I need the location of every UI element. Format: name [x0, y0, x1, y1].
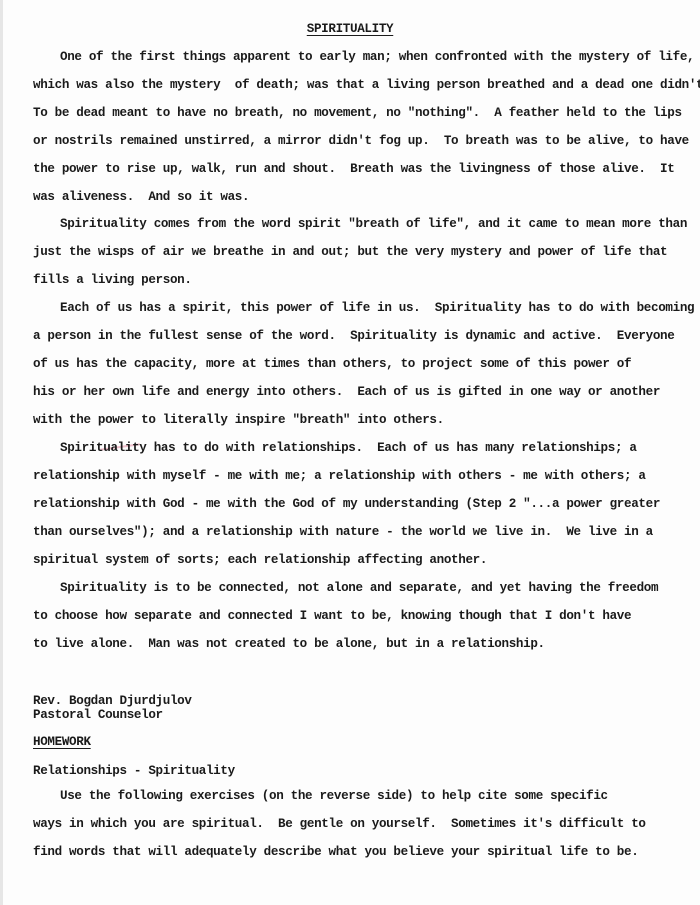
body-line: to choose how separate and connected I w… [33, 609, 631, 623]
body-line: To be dead meant to have no breath, no m… [33, 106, 682, 120]
document-page: SPIRITUALITY One of the first things app… [0, 0, 700, 905]
body-line: One of the first things apparent to earl… [60, 50, 694, 64]
signature-name: Rev. Bogdan Djurdjulov [33, 694, 192, 708]
body-line: his or her own life and energy into othe… [33, 385, 660, 399]
body-line: or nostrils remained unstirred, a mirror… [33, 134, 689, 148]
homework-line: ways in which you are spiritual. Be gent… [33, 817, 646, 831]
body-line: spiritual system of sorts; each relation… [33, 553, 487, 567]
document-title: SPIRITUALITY [0, 22, 700, 36]
body-line: Spirituality has to do with relationship… [60, 441, 637, 455]
body-line: fills a living person. [33, 273, 192, 287]
body-line: the power to rise up, walk, run and shou… [33, 162, 674, 176]
homework-heading: HOMEWORK [33, 735, 91, 749]
body-line: relationship with God - me with the God … [33, 497, 660, 511]
body-line: Each of us has a spirit, this power of l… [60, 301, 694, 315]
body-line: just the wisps of air we breathe in and … [33, 245, 667, 259]
body-line: than ourselves"); and a relationship wit… [33, 525, 653, 539]
homework-subheading: Relationships - Spirituality [33, 764, 235, 778]
homework-line: find words that will adequately describe… [33, 845, 638, 859]
body-line: of us has the capacity, more at times th… [33, 357, 631, 371]
body-line: with the power to literally inspire "bre… [33, 413, 444, 427]
body-line: which was also the mystery of death; was… [33, 78, 700, 92]
body-line: was aliveness. And so it was. [33, 190, 249, 204]
body-line: a person in the fullest sense of the wor… [33, 329, 674, 343]
page-edge [0, 0, 3, 905]
body-line: Spirituality is to be connected, not alo… [60, 581, 658, 595]
body-line: to live alone. Man was not created to be… [33, 637, 545, 651]
signature-role: Pastoral Counselor [33, 708, 163, 722]
body-line: relationship with myself - me with me; a… [33, 469, 646, 483]
body-line: Spirituality comes from the word spirit … [60, 217, 687, 231]
homework-line: Use the following exercises (on the reve… [60, 789, 608, 803]
